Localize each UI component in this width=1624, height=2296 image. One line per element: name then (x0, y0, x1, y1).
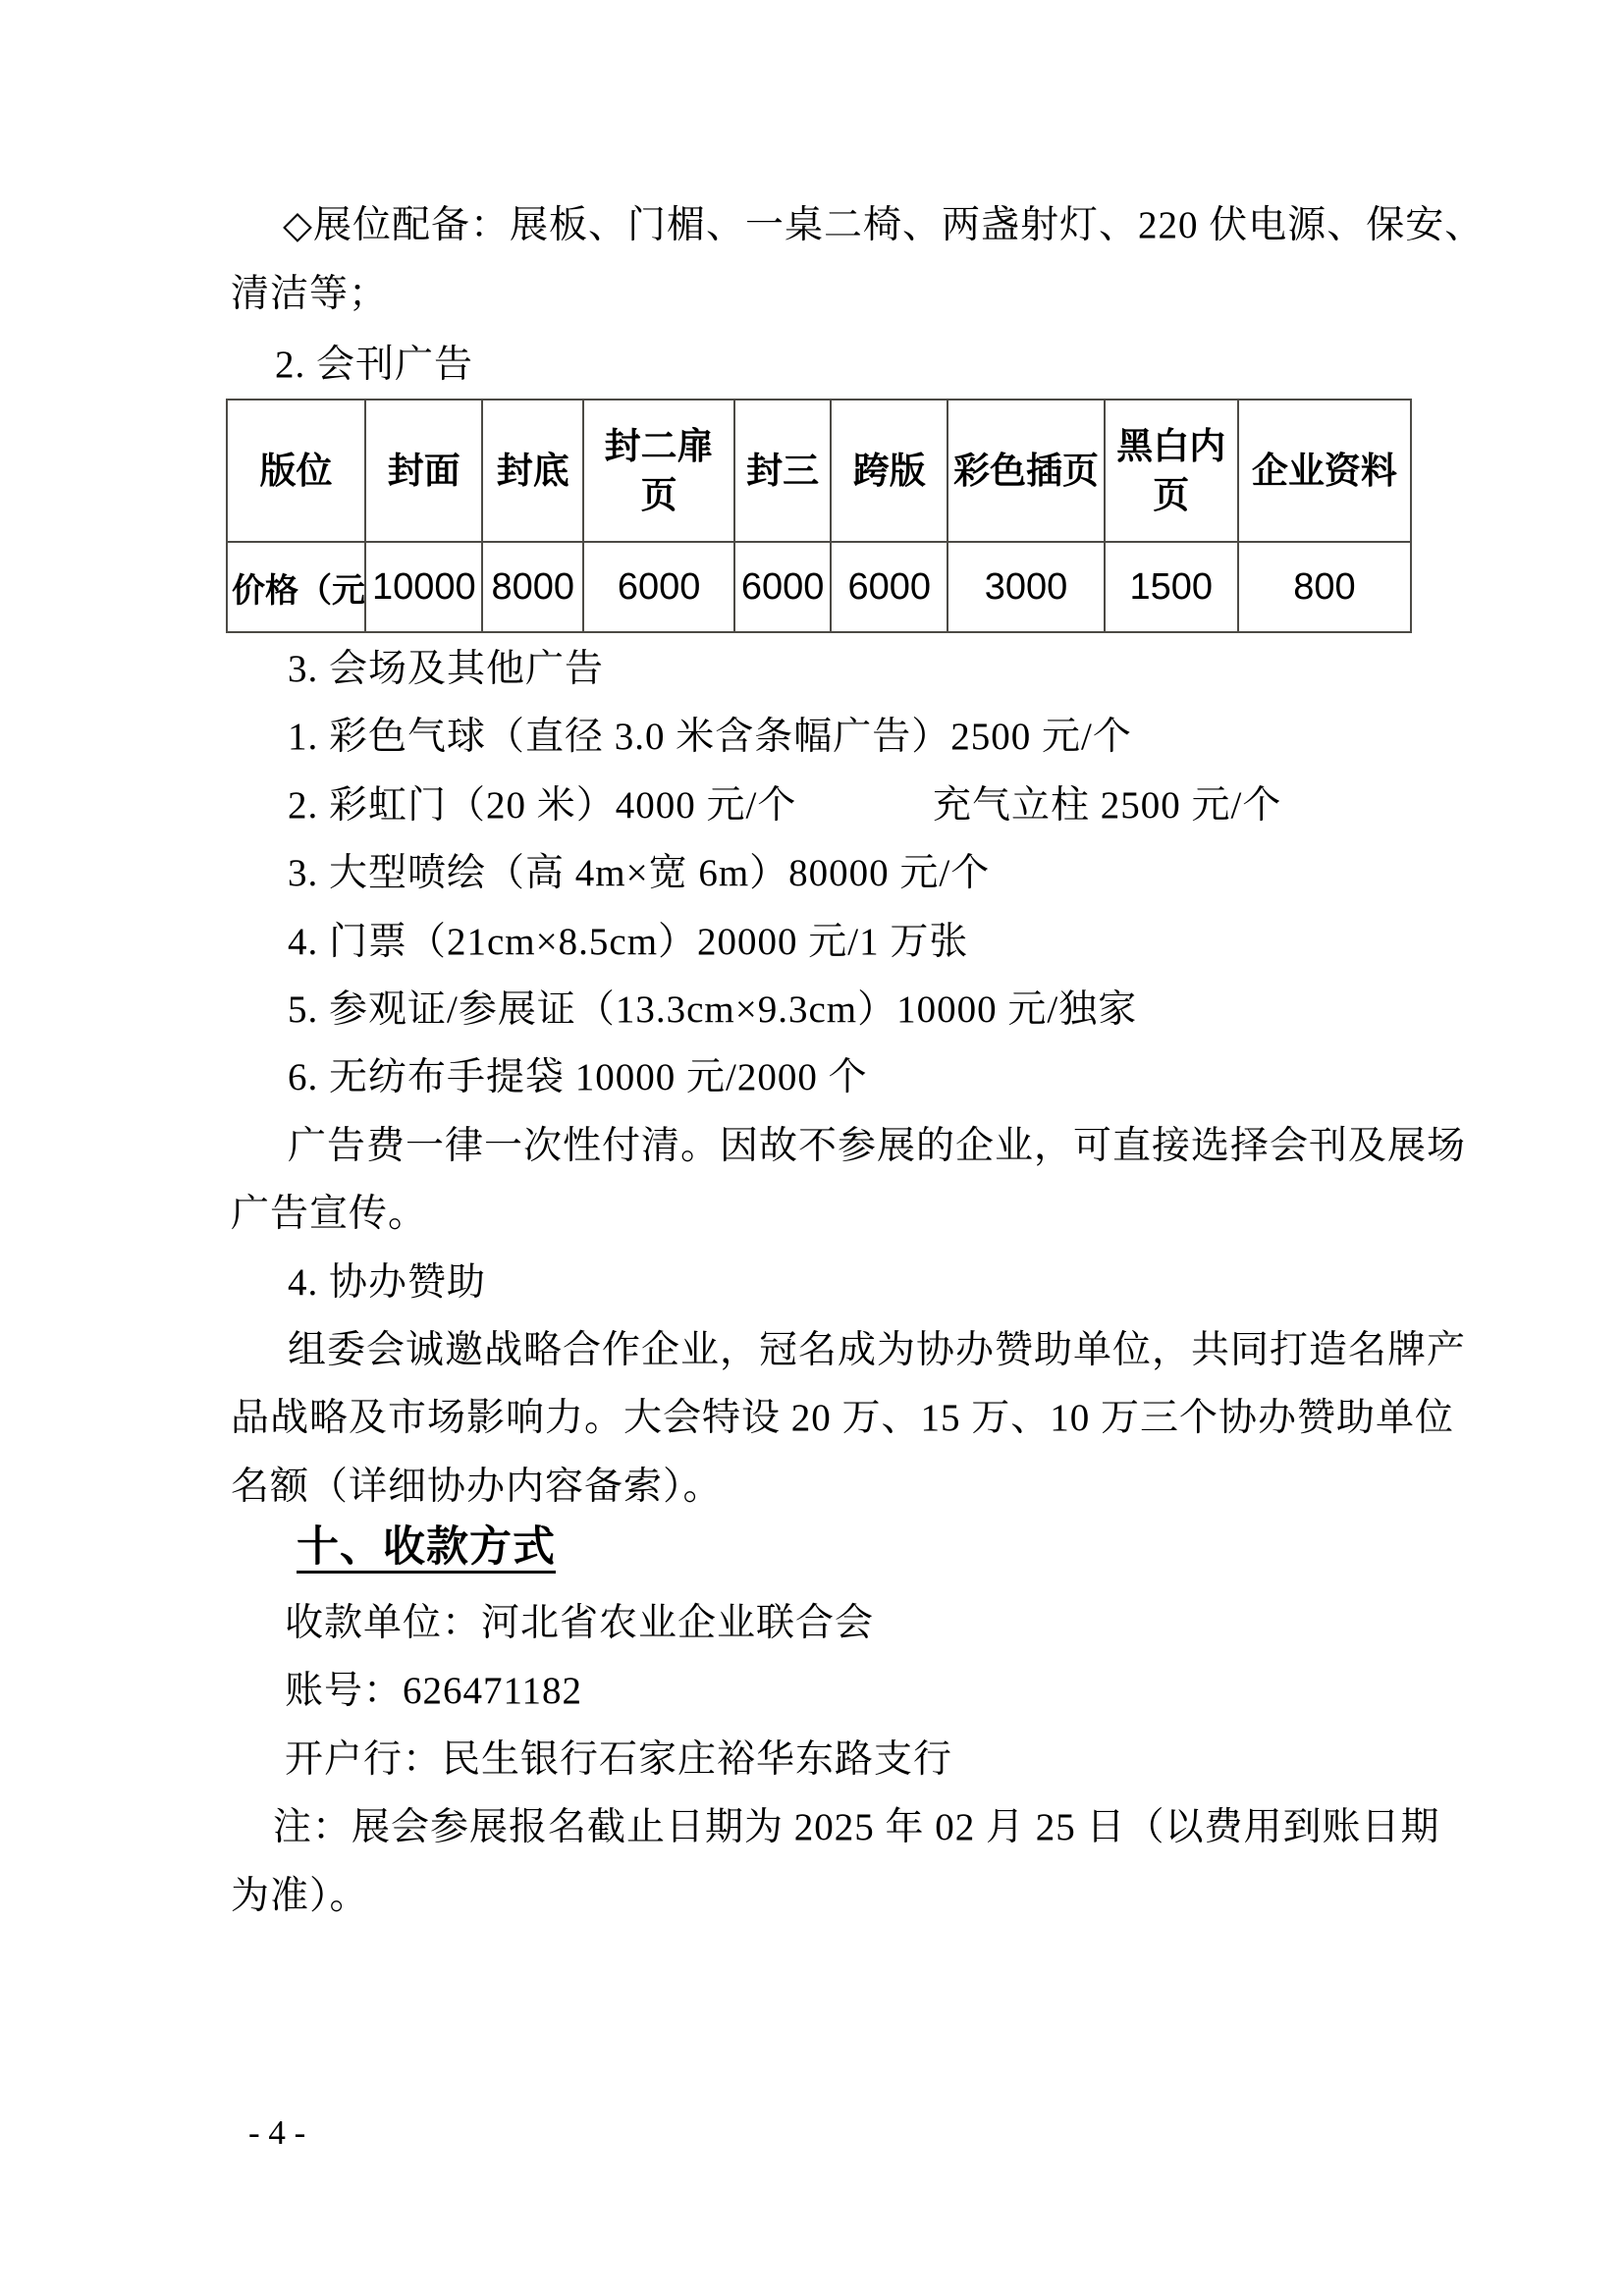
payment-bank-line: 开户行：民生银行石家庄裕华东路支行 (285, 1737, 952, 1783)
venue-ads-item-5: 5. 参观证/参展证（13.3cm×9.3cm）10000 元/独家 (288, 988, 1137, 1033)
table-price-cell: 10000 (365, 542, 482, 632)
sponsorship-line-1: 组委会诚邀战略合作企业，冠名成为协办赞助单位，共同打造名牌产 (288, 1328, 1466, 1373)
venue-ads-note-line-2: 广告宣传。 (231, 1192, 427, 1237)
table-header-cell: 跨版 (831, 400, 947, 542)
journal-ads-price-table: 版位 封面 封底 封二扉页 封三 跨版 彩色插页 黑白内页 企业资料 价格（元）… (226, 399, 1412, 633)
venue-ads-heading: 3. 会场及其他广告 (288, 647, 604, 692)
venue-ads-item-2: 2. 彩虹门（20 米）4000 元/个 (288, 783, 796, 828)
document-page: ◇展位配备：展板、门楣、一桌二椅、两盏射灯、220 伏电源、保安、 清洁等； 2… (0, 0, 1624, 2296)
table-header-cell: 封底 (482, 400, 583, 542)
table-price-cell: 1500 (1105, 542, 1238, 632)
venue-ads-item-4: 4. 门票（21cm×8.5cm）20000 元/1 万张 (288, 920, 968, 965)
table-header-cell: 版位 (227, 400, 365, 542)
table-header-cell: 封面 (365, 400, 482, 542)
table-header-row: 版位 封面 封底 封二扉页 封三 跨版 彩色插页 黑白内页 企业资料 (227, 400, 1411, 542)
venue-ads-item-2-extra: 充气立柱 2500 元/个 (933, 783, 1281, 828)
booth-equipment-line-2: 清洁等； (231, 272, 388, 317)
table-price-cell: 800 (1238, 542, 1411, 632)
table-header-cell: 黑白内页 (1105, 400, 1238, 542)
table-price-cell: 6000 (831, 542, 947, 632)
table-price-row: 价格（元） 10000 8000 6000 6000 6000 3000 150… (227, 542, 1411, 632)
table-header-cell: 企业资料 (1238, 400, 1411, 542)
venue-ads-note-line-1: 广告费一律一次性付清。因故不参展的企业，可直接选择会刊及展场 (288, 1124, 1466, 1169)
table-price-cell: 8000 (482, 542, 583, 632)
sponsorship-heading: 4. 协办赞助 (288, 1260, 486, 1306)
table-price-cell: 6000 (734, 542, 831, 632)
journal-ads-heading: 2. 会刊广告 (275, 343, 473, 388)
venue-ads-item-6: 6. 无纺布手提袋 10000 元/2000 个 (288, 1055, 868, 1100)
payment-account-line: 账号：626471182 (285, 1669, 582, 1714)
payment-deadline-line-1: 注：展会参展报名截止日期为 2025 年 02 月 25 日（以费用到账日期 (273, 1805, 1440, 1850)
venue-ads-item-3: 3. 大型喷绘（高 4m×宽 6m）80000 元/个 (288, 851, 990, 896)
table-header-cell: 彩色插页 (947, 400, 1104, 542)
table-price-cell: 3000 (947, 542, 1104, 632)
sponsorship-line-2: 品战略及市场影响力。大会特设 20 万、15 万、10 万三个协办赞助单位 (231, 1396, 1454, 1441)
payment-payee-line: 收款单位：河北省农业企业联合会 (285, 1601, 874, 1646)
payment-deadline-line-2: 为准）。 (231, 1874, 369, 1919)
venue-ads-item-1: 1. 彩色气球（直径 3.0 米含条幅广告）2500 元/个 (288, 715, 1132, 760)
page-number: - 4 - (248, 2112, 305, 2154)
table-header-cell: 封二扉页 (583, 400, 734, 542)
table-header-cell: 封三 (734, 400, 831, 542)
table-row-label: 价格（元） (227, 542, 365, 632)
sponsorship-line-3: 名额（详细协办内容备索）。 (231, 1465, 723, 1510)
booth-equipment-line-1: ◇展位配备：展板、门楣、一桌二椅、两盏射灯、220 伏电源、保安、 (283, 203, 1484, 248)
table-price-cell: 6000 (583, 542, 734, 632)
payment-method-heading: 十、收款方式 (297, 1523, 556, 1573)
